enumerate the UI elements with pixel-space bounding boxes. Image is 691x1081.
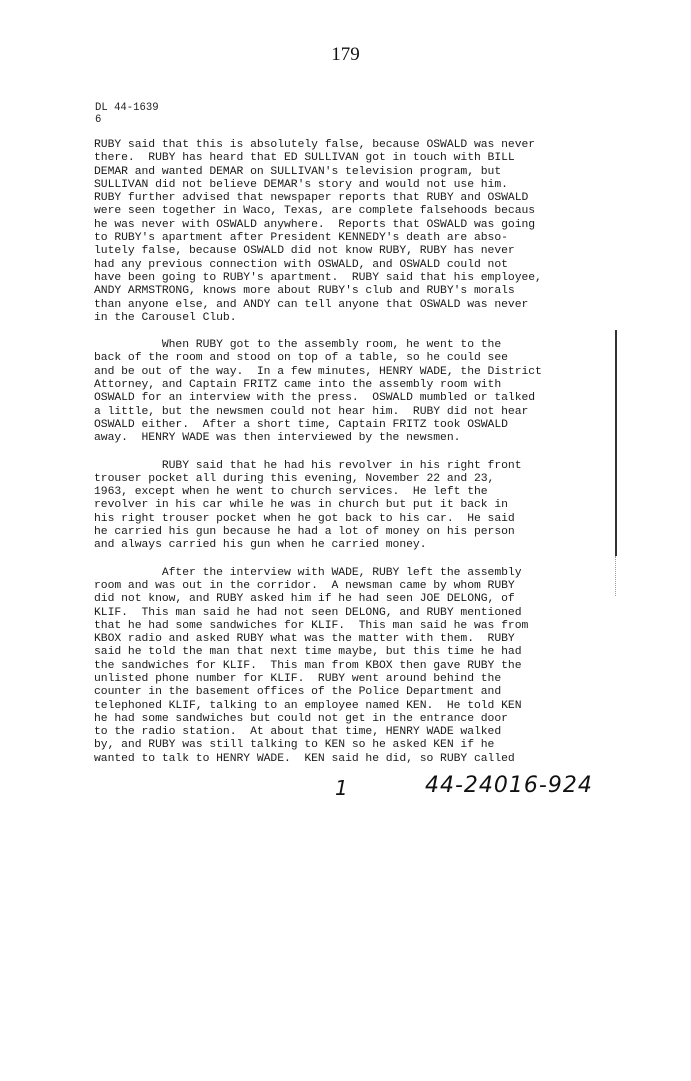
text-line: had any previous connection with OSWALD,… xyxy=(94,259,654,272)
text-line: did not know, and RUBY asked him if he h… xyxy=(94,593,654,606)
text-line: he carried his gun because he had a lot … xyxy=(94,526,654,539)
text-line: RUBY said that this is absolutely false,… xyxy=(94,139,654,152)
paragraph-4: After the interview with WADE, RUBY left… xyxy=(94,567,654,766)
paragraph-1: RUBY said that this is absolutely false,… xyxy=(94,139,654,325)
text-line: KLIF. This man said he had not seen DELO… xyxy=(94,607,654,620)
text-line: OSWALD for an interview with the press. … xyxy=(94,392,654,405)
text-line: OSWALD either. After a short time, Capta… xyxy=(94,419,654,432)
text-line: that he had some sandwiches for KLIF. Th… xyxy=(94,620,654,633)
text-line: counter in the basement offices of the P… xyxy=(94,686,654,699)
text-line: SULLIVAN did not believe DEMAR's story a… xyxy=(94,179,654,192)
text-line: by, and RUBY was still talking to KEN so… xyxy=(94,739,654,752)
text-line: away. HENRY WADE was then interviewed by… xyxy=(94,432,654,445)
text-line: unlisted phone number for KLIF. RUBY wen… xyxy=(94,673,654,686)
text-line: RUBY further advised that newspaper repo… xyxy=(94,192,654,205)
file-number: DL 44-1639 xyxy=(95,102,159,114)
text-line: After the interview with WADE, RUBY left… xyxy=(94,567,654,580)
handwritten-document-number: 44-24016-924 xyxy=(425,773,593,798)
text-line: revolver in his car while he was in chur… xyxy=(94,499,654,512)
text-line: he had some sandwiches but could not get… xyxy=(94,713,654,726)
text-line: DEMAR and wanted DEMAR on SULLIVAN's tel… xyxy=(94,166,654,179)
text-line: telephoned KLIF, talking to an employee … xyxy=(94,700,654,713)
text-line: KBOX radio and asked RUBY what was the m… xyxy=(94,633,654,646)
text-line: in the Carousel Club. xyxy=(94,312,654,325)
text-line: 1963, except when he went to church serv… xyxy=(94,486,654,499)
text-line: a little, but the newsmen could not hear… xyxy=(94,406,654,419)
text-line: were seen together in Waco, Texas, are c… xyxy=(94,205,654,218)
text-line: and always carried his gun when he carri… xyxy=(94,539,654,552)
text-line: have been going to RUBY's apartment. RUB… xyxy=(94,272,654,285)
text-line: and be out of the way. In a few minutes,… xyxy=(94,366,654,379)
text-line: the sandwiches for KLIF. This man from K… xyxy=(94,660,654,673)
text-line: there. RUBY has heard that ED SULLIVAN g… xyxy=(94,152,654,165)
paragraph-2: When RUBY got to the assembly room, he w… xyxy=(94,339,654,445)
page-number: 179 xyxy=(0,44,691,66)
text-line: trouser pocket all during this evening, … xyxy=(94,473,654,486)
margin-line-dotted xyxy=(615,556,617,596)
document-header: DL 44-1639 6 xyxy=(95,102,159,126)
text-line: back of the room and stood on top of a t… xyxy=(94,352,654,365)
text-line: to RUBY's apartment after President KENN… xyxy=(94,232,654,245)
document-body: RUBY said that this is absolutely false,… xyxy=(94,139,654,766)
text-line: RUBY said that he had his revolver in hi… xyxy=(94,460,654,473)
text-line: room and was out in the corridor. A news… xyxy=(94,580,654,593)
text-line: ANDY ARMSTRONG, knows more about RUBY's … xyxy=(94,285,654,298)
text-line: than anyone else, and ANDY can tell anyo… xyxy=(94,299,654,312)
handwritten-mark: 1 xyxy=(335,776,349,800)
header-page: 6 xyxy=(95,114,159,126)
text-line: his right trouser pocket when he got bac… xyxy=(94,513,654,526)
text-line: he was never with OSWALD anywhere. Repor… xyxy=(94,219,654,232)
margin-line xyxy=(615,330,617,556)
text-line: When RUBY got to the assembly room, he w… xyxy=(94,339,654,352)
paragraph-3: RUBY said that he had his revolver in hi… xyxy=(94,460,654,553)
text-line: wanted to talk to HENRY WADE. KEN said h… xyxy=(94,753,654,766)
text-line: lutely false, because OSWALD did not kno… xyxy=(94,245,654,258)
text-line: Attorney, and Captain FRITZ came into th… xyxy=(94,379,654,392)
text-line: to the radio station. At about that time… xyxy=(94,726,654,739)
text-line: said he told the man that next time mayb… xyxy=(94,646,654,659)
